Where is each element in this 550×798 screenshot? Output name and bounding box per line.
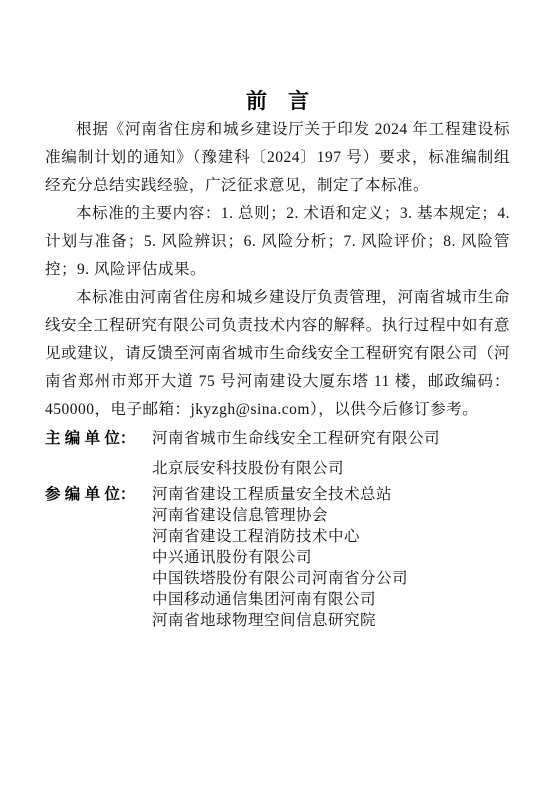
- page-title: 前 言: [45, 88, 510, 116]
- document-page: 前 言 根据《河南省住房和城乡建设厅关于印发 2024 年工程建设标准编制计划的…: [0, 0, 550, 798]
- participating-org-item: 中国移动通信集团河南有限公司: [152, 589, 510, 610]
- chief-org-item: 河南省城市生命线安全工程研究有限公司: [152, 424, 510, 454]
- editors-section: 主 编 单 位： 河南省城市生命线安全工程研究有限公司 北京辰安科技股份有限公司…: [45, 424, 510, 631]
- chief-org-item: 北京辰安科技股份有限公司: [152, 454, 510, 484]
- preface-paragraph-management: 本标准由河南省住房和城乡建设厅负责管理，河南省城市生命线安全工程研究有限公司负责…: [45, 284, 510, 424]
- preface-paragraph-contents: 本标准的主要内容：1. 总则；2. 术语和定义；3. 基本规定；4. 计划与准备…: [45, 200, 510, 284]
- preface-paragraph-basis: 根据《河南省住房和城乡建设厅关于印发 2024 年工程建设标准编制计划的通知》（…: [45, 116, 510, 200]
- participating-org-item: 河南省地球物理空间信息研究院: [152, 610, 510, 631]
- participating-org-item: 河南省建设工程质量安全技术总站: [152, 484, 510, 505]
- participating-editor-row: 参 编 单 位： 河南省建设工程质量安全技术总站 河南省建设信息管理协会 河南省…: [45, 484, 510, 631]
- chief-editor-orgs: 河南省城市生命线安全工程研究有限公司 北京辰安科技股份有限公司: [152, 424, 510, 484]
- participating-editor-orgs: 河南省建设工程质量安全技术总站 河南省建设信息管理协会 河南省建设工程消防技术中…: [152, 484, 510, 631]
- participating-org-item: 河南省建设工程消防技术中心: [152, 526, 510, 547]
- chief-editor-label: 主 编 单 位：: [45, 424, 152, 454]
- participating-editor-label: 参 编 单 位：: [45, 484, 152, 505]
- participating-org-item: 中国铁塔股份有限公司河南省分公司: [152, 568, 510, 589]
- participating-org-item: 中兴通讯股份有限公司: [152, 547, 510, 568]
- participating-org-item: 河南省建设信息管理协会: [152, 505, 510, 526]
- chief-editor-row: 主 编 单 位： 河南省城市生命线安全工程研究有限公司 北京辰安科技股份有限公司: [45, 424, 510, 484]
